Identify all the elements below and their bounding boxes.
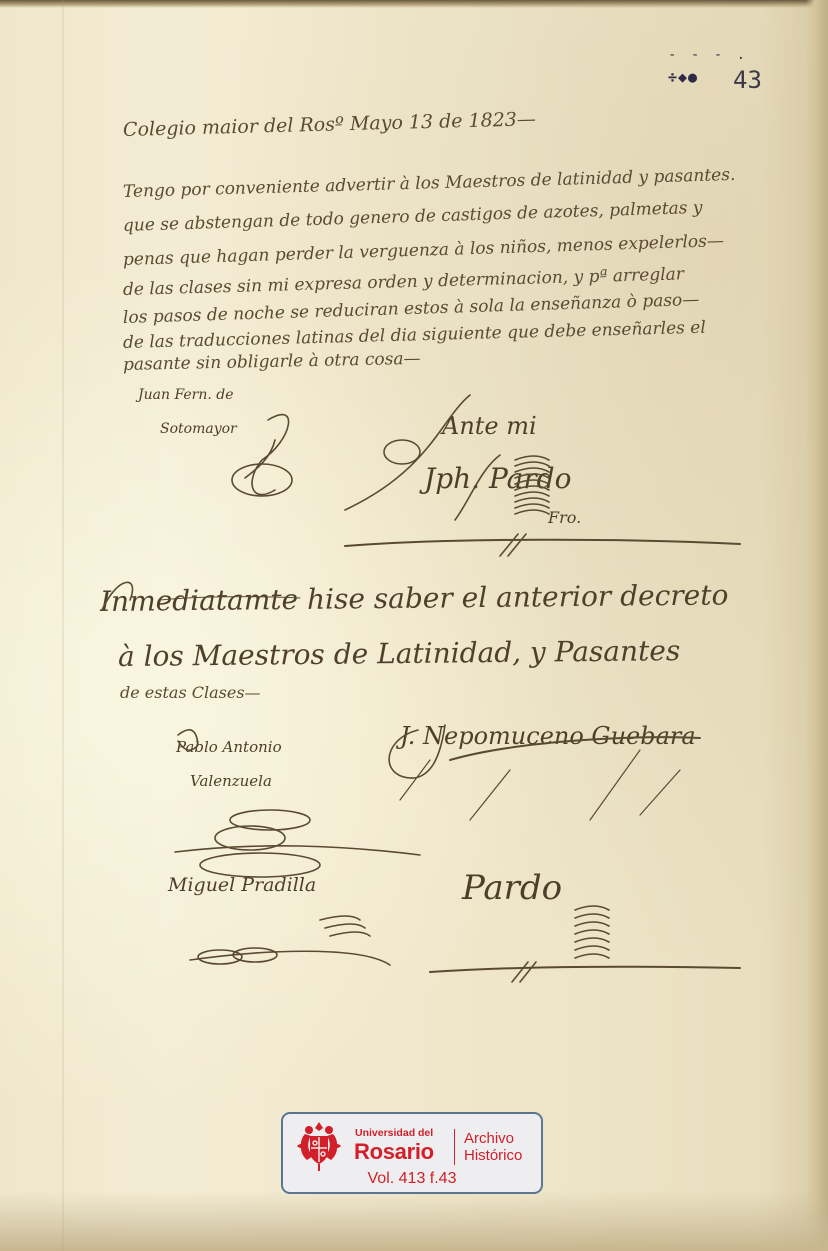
signature-pardo-top: Jph. Pardo — [424, 462, 571, 495]
university-crest-icon — [295, 1120, 343, 1172]
signature-valenzuela-line1: Pablo Antonio — [176, 738, 282, 756]
stamp-dashes: - - - . — [668, 47, 748, 63]
badge-archive-line2: Histórico — [464, 1147, 522, 1164]
archive-badge: Universidad del Rosario Archivo Históric… — [281, 1112, 543, 1194]
document-heading: Colegio maior del Rosº Mayo 13 de 1823— — [123, 108, 536, 141]
notice-line: à los Maestros de Latinidad, y Pasantes — [118, 634, 681, 673]
paper-fold-line — [62, 0, 64, 1251]
manuscript-page: - - - . ÷◆● 43 Colegio maior del Rosº Ma… — [0, 0, 828, 1251]
signature-valenzuela-line2: Valenzuela — [190, 772, 272, 790]
body-line: que se abstengan de todo genero de casti… — [123, 198, 703, 236]
stamp-mark: ÷◆● — [668, 68, 698, 86]
badge-archive-line1: Archivo — [464, 1130, 522, 1147]
signature-title: Fro. — [548, 508, 581, 527]
body-line: Tengo por conveniente advertir à los Mae… — [123, 165, 736, 202]
notice-line: de estas Clases— — [120, 683, 261, 702]
body-line: pasante sin obligarle à otra cosa— — [123, 349, 421, 375]
badge-reference: Vol. 413 f.43 — [283, 1170, 541, 1188]
notice-line: Inmediatamte hise saber el anterior decr… — [100, 578, 729, 618]
paper-right-edge — [806, 0, 828, 1251]
paper-top-edge — [0, 0, 828, 8]
badge-institution-line1: Universidad del — [355, 1127, 433, 1139]
badge-divider — [454, 1129, 455, 1165]
folio-number: 43 — [733, 66, 762, 94]
signature-ante-mi: Ante mi — [442, 412, 537, 440]
badge-institution-line2: Rosario — [354, 1139, 434, 1165]
signature-pardo-bottom: Pardo — [462, 868, 562, 908]
paper-bottom-edge — [0, 1191, 828, 1251]
badge-archive-label: Archivo Histórico — [464, 1130, 522, 1164]
signature-sotomayor-line1: Juan Fern. de — [138, 387, 234, 403]
body-line: penas que hagan perder la verguenza à lo… — [123, 231, 724, 270]
signature-sotomayor-line2: Sotomayor — [160, 421, 237, 437]
signature-pradilla: Miguel Pradilla — [168, 874, 316, 896]
signature-guebara: J. Nepomuceno Guebara — [400, 722, 696, 750]
